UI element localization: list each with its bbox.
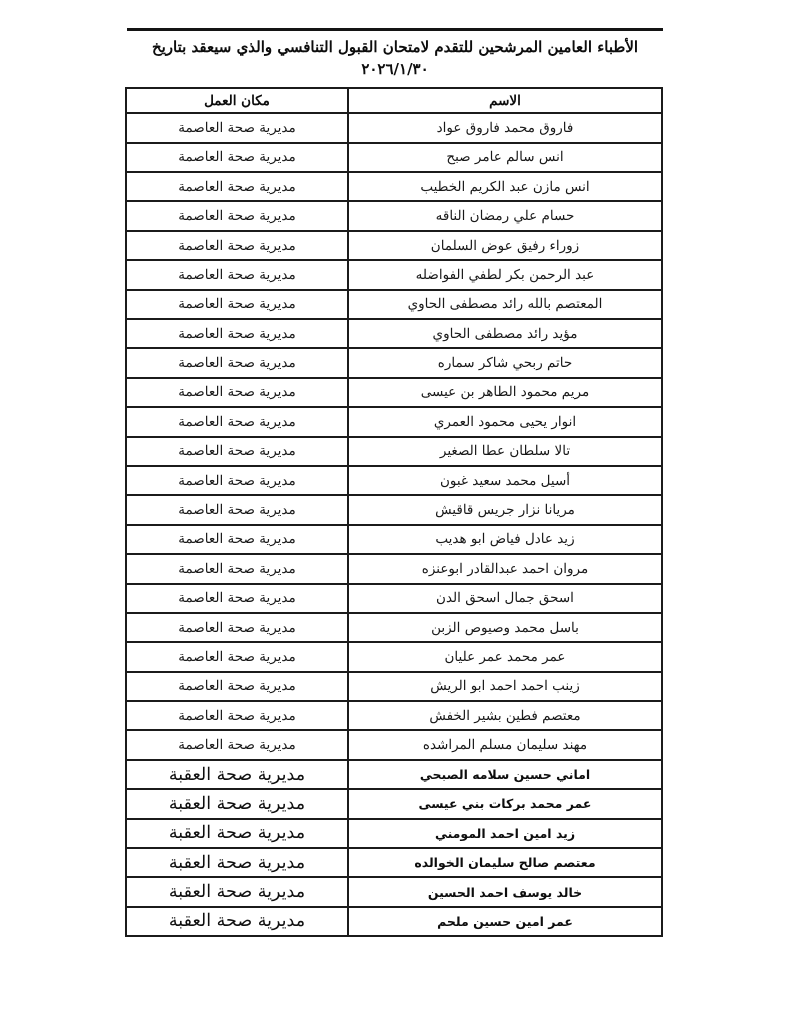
table-row: حسام علي رمضان الناقهمديرية صحة العاصمة (126, 201, 662, 230)
table-row: مؤيد رائد مصطفى الحاويمديرية صحة العاصمة (126, 319, 662, 348)
workplace: مديرية صحة العقبة (126, 789, 348, 818)
table-row: مريم محمود الطاهر بن عيسىمديرية صحة العا… (126, 378, 662, 407)
workplace: مديرية صحة العقبة (126, 907, 348, 936)
title-divider (127, 28, 663, 31)
candidate-name: معتصم فطين بشير الخفش (348, 701, 662, 730)
workplace: مديرية صحة العاصمة (126, 672, 348, 701)
candidate-name: باسل محمد وصيوص الزبن (348, 613, 662, 642)
column-header-name: الاسم (348, 88, 662, 113)
candidate-name: مؤيد رائد مصطفى الحاوي (348, 319, 662, 348)
document-date: ٢٠٢٦/١/٣٠ (127, 59, 663, 80)
candidate-name: انوار يحيى محمود العمري (348, 407, 662, 436)
candidate-name: فاروق محمد فاروق عواد (348, 113, 662, 142)
candidate-name: حسام علي رمضان الناقه (348, 201, 662, 230)
column-header-workplace: مكان العمل (126, 88, 348, 113)
workplace: مديرية صحة العاصمة (126, 319, 348, 348)
candidate-name: أسيل محمد سعيد غبون (348, 466, 662, 495)
workplace: مديرية صحة العاصمة (126, 201, 348, 230)
table-row: خالد يوسف احمد الحسينمديرية صحة العقبة (126, 877, 662, 906)
candidate-name: زينب احمد احمد ابو الريش (348, 672, 662, 701)
candidate-name: عمر محمد عمر عليان (348, 642, 662, 671)
candidate-name: اماني حسين سلامه الصبحي (348, 760, 662, 789)
candidate-name: معتصم صالح سليمان الخوالده (348, 848, 662, 877)
candidate-name: مروان احمد عبدالقادر ابوعنزه (348, 554, 662, 583)
table-row: المعتصم بالله رائد مصطفى الحاويمديرية صح… (126, 290, 662, 319)
table-row: معتصم فطين بشير الخفشمديرية صحة العاصمة (126, 701, 662, 730)
table-row: زيد عادل فياض ابو هديبمديرية صحة العاصمة (126, 525, 662, 554)
table-row: انس سالم عامر صبحمديرية صحة العاصمة (126, 143, 662, 172)
workplace: مديرية صحة العاصمة (126, 466, 348, 495)
table-row: اماني حسين سلامه الصبحيمديرية صحة العقبة (126, 760, 662, 789)
table-row: باسل محمد وصيوص الزبنمديرية صحة العاصمة (126, 613, 662, 642)
workplace: مديرية صحة العاصمة (126, 613, 348, 642)
candidate-name: عبد الرحمن بكر لطفي الفواضله (348, 260, 662, 289)
candidate-name: انس مازن عبد الكريم الخطيب (348, 172, 662, 201)
workplace: مديرية صحة العاصمة (126, 437, 348, 466)
workplace: مديرية صحة العاصمة (126, 172, 348, 201)
table-row: عبد الرحمن بكر لطفي الفواضلهمديرية صحة ا… (126, 260, 662, 289)
table-row: معتصم صالح سليمان الخوالدهمديرية صحة الع… (126, 848, 662, 877)
workplace: مديرية صحة العاصمة (126, 407, 348, 436)
table-row: اسحق جمال اسحق الدنمديرية صحة العاصمة (126, 584, 662, 613)
workplace: مديرية صحة العاصمة (126, 701, 348, 730)
workplace: مديرية صحة العقبة (126, 760, 348, 789)
table-row: مروان احمد عبدالقادر ابوعنزهمديرية صحة ا… (126, 554, 662, 583)
candidate-name: عمر محمد بركات بني عيسى (348, 789, 662, 818)
workplace: مديرية صحة العاصمة (126, 495, 348, 524)
table-row: مريانا نزار جريس قاقيشمديرية صحة العاصمة (126, 495, 662, 524)
candidate-name: انس سالم عامر صبح (348, 143, 662, 172)
candidate-name: تالا سلطان عطا الصغير (348, 437, 662, 466)
table-row: فاروق محمد فاروق عوادمديرية صحة العاصمة (126, 113, 662, 142)
candidate-name: زوراء رفيق عوض السلمان (348, 231, 662, 260)
workplace: مديرية صحة العقبة (126, 819, 348, 848)
candidate-name: اسحق جمال اسحق الدن (348, 584, 662, 613)
table-body: فاروق محمد فاروق عوادمديرية صحة العاصمةا… (126, 113, 662, 936)
candidate-name: المعتصم بالله رائد مصطفى الحاوي (348, 290, 662, 319)
candidate-name: مهند سليمان مسلم المراشده (348, 730, 662, 759)
workplace: مديرية صحة العاصمة (126, 730, 348, 759)
table-row: مهند سليمان مسلم المراشدهمديرية صحة العا… (126, 730, 662, 759)
workplace: مديرية صحة العاصمة (126, 290, 348, 319)
candidate-name: خالد يوسف احمد الحسين (348, 877, 662, 906)
workplace: مديرية صحة العقبة (126, 848, 348, 877)
candidate-name: حاتم ربحي شاكر سماره (348, 348, 662, 377)
candidates-table: الاسم مكان العمل فاروق محمد فاروق عوادمد… (125, 87, 663, 937)
table-row: عمر محمد بركات بني عيسىمديرية صحة العقبة (126, 789, 662, 818)
candidate-name: زيد امين احمد المومني (348, 819, 662, 848)
table-row: انس مازن عبد الكريم الخطيبمديرية صحة الع… (126, 172, 662, 201)
table-row: أسيل محمد سعيد غبونمديرية صحة العاصمة (126, 466, 662, 495)
workplace: مديرية صحة العاصمة (126, 143, 348, 172)
workplace: مديرية صحة العاصمة (126, 642, 348, 671)
document-title: الأطباء العامين المرشحين للتقدم لامتحان … (127, 36, 663, 59)
candidate-name: مريانا نزار جريس قاقيش (348, 495, 662, 524)
table-row: عمر امين حسين ملحممديرية صحة العقبة (126, 907, 662, 936)
table-row: عمر محمد عمر عليانمديرية صحة العاصمة (126, 642, 662, 671)
workplace: مديرية صحة العقبة (126, 877, 348, 906)
candidate-name: عمر امين حسين ملحم (348, 907, 662, 936)
document-page: الأطباء العامين المرشحين للتقدم لامتحان … (0, 0, 791, 1024)
workplace: مديرية صحة العاصمة (126, 525, 348, 554)
table-header: الاسم مكان العمل (126, 88, 662, 113)
table-row: زيد امين احمد المومنيمديرية صحة العقبة (126, 819, 662, 848)
workplace: مديرية صحة العاصمة (126, 378, 348, 407)
table-row: زينب احمد احمد ابو الريشمديرية صحة العاص… (126, 672, 662, 701)
workplace: مديرية صحة العاصمة (126, 260, 348, 289)
workplace: مديرية صحة العاصمة (126, 348, 348, 377)
candidate-name: زيد عادل فياض ابو هديب (348, 525, 662, 554)
workplace: مديرية صحة العاصمة (126, 231, 348, 260)
table-row: تالا سلطان عطا الصغيرمديرية صحة العاصمة (126, 437, 662, 466)
document-content: الأطباء العامين المرشحين للتقدم لامتحان … (127, 0, 663, 937)
table-row: انوار يحيى محمود العمريمديرية صحة العاصم… (126, 407, 662, 436)
workplace: مديرية صحة العاصمة (126, 554, 348, 583)
workplace: مديرية صحة العاصمة (126, 584, 348, 613)
table-row: حاتم ربحي شاكر سمارهمديرية صحة العاصمة (126, 348, 662, 377)
table-row: زوراء رفيق عوض السلمانمديرية صحة العاصمة (126, 231, 662, 260)
workplace: مديرية صحة العاصمة (126, 113, 348, 142)
candidate-name: مريم محمود الطاهر بن عيسى (348, 378, 662, 407)
header-row: الاسم مكان العمل (126, 88, 662, 113)
